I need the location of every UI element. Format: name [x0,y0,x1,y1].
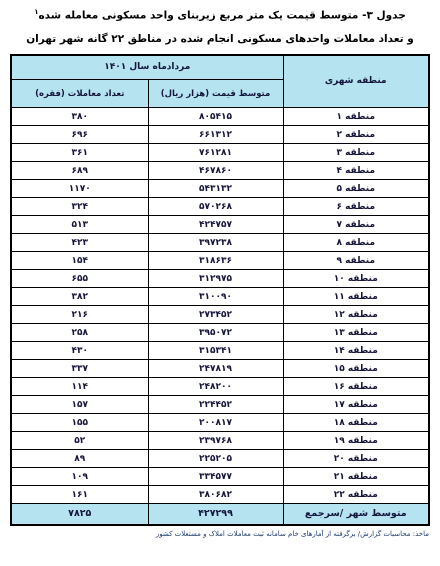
count-cell: ۳۸۰ [11,108,148,126]
table-row: منطقه ۹۳۱۸۶۳۶۱۵۴ [11,252,429,270]
title-line-1: جدول ۳- متوسط قیمت یک متر مربع زیربنای و… [0,5,440,24]
price-cell: ۴۲۴۷۵۷ [148,216,283,234]
count-cell: ۴۲۳ [11,234,148,252]
header-region-column: منطقه شهری [283,55,429,108]
price-cell: ۳۱۵۳۴۱ [148,342,283,360]
table-row: منطقه ۱۰۳۱۲۹۷۵۶۵۵ [11,270,429,288]
region-cell: منطقه ۱۸ [283,414,429,432]
table-row: منطقه ۱۸۰۵۴۱۵۳۸۰ [11,108,429,126]
price-cell: ۳۱۲۹۷۵ [148,270,283,288]
region-cell: منطقه ۱۹ [283,432,429,450]
price-cell: ۳۱۰۰۹۰ [148,288,283,306]
table-row: منطقه ۱۲۲۷۳۴۵۲۲۱۶ [11,306,429,324]
region-cell: منطقه ۱۲ [283,306,429,324]
table-row: منطقه ۲۲۳۸۰۶۸۲۱۶۱ [11,486,429,504]
region-cell: منطقه ۲۱ [283,468,429,486]
region-cell: منطقه ۳ [283,144,429,162]
table-row: منطقه ۴۴۶۷۸۶۰۶۸۹ [11,162,429,180]
region-cell: منطقه ۴ [283,162,429,180]
count-cell: ۶۵۵ [11,270,148,288]
count-cell: ۶۸۹ [11,162,148,180]
price-cell: ۲۷۳۴۵۲ [148,306,283,324]
count-cell: ۱۵۴ [11,252,148,270]
total-row: متوسط شهر /سرجمع ۴۲۷۲۹۹ ۷۸۲۵ [11,504,429,525]
region-cell: منطقه ۱۱ [283,288,429,306]
title-line-2: و تعداد معاملات واحدهای مسکونی انجام شده… [0,32,440,47]
price-cell: ۳۱۸۶۳۶ [148,252,283,270]
price-cell: ۵۷۰۲۶۸ [148,198,283,216]
price-cell: ۲۴۷۸۱۹ [148,360,283,378]
region-cell: منطقه ۱۷ [283,396,429,414]
region-cell: منطقه ۷ [283,216,429,234]
table-row: منطقه ۱۶۲۴۸۲۰۰۱۱۴ [11,378,429,396]
price-cell: ۷۶۱۲۸۱ [148,144,283,162]
region-cell: منطقه ۱۶ [283,378,429,396]
price-cell: ۳۹۵۰۷۲ [148,324,283,342]
table-row: منطقه ۲۰۲۲۵۲۰۵۸۹ [11,450,429,468]
region-cell: منطقه ۲۰ [283,450,429,468]
region-cell: منطقه ۱۰ [283,270,429,288]
region-cell: منطقه ۱۳ [283,324,429,342]
count-cell: ۱۵۵ [11,414,148,432]
price-cell: ۳۸۰۶۸۲ [148,486,283,504]
count-cell: ۱۰۹ [11,468,148,486]
count-cell: ۳۶۱ [11,144,148,162]
price-table: منطقه شهری مردادماه سال ۱۴۰۱ متوسط قیمت … [10,54,430,526]
count-cell: ۳۲۴ [11,198,148,216]
total-label-cell: متوسط شهر /سرجمع [283,504,429,525]
price-cell: ۶۶۱۳۱۲ [148,126,283,144]
region-cell: منطقه ۲۲ [283,486,429,504]
price-cell: ۳۹۷۲۳۸ [148,234,283,252]
price-cell: ۲۴۸۲۰۰ [148,378,283,396]
header-price-column: متوسط قیمت (هزار ریال) [148,80,283,108]
table-row: منطقه ۱۱۳۱۰۰۹۰۳۸۲ [11,288,429,306]
header-period: مردادماه سال ۱۴۰۱ [11,55,283,80]
price-cell: ۳۳۴۵۷۷ [148,468,283,486]
region-cell: منطقه ۸ [283,234,429,252]
count-cell: ۸۹ [11,450,148,468]
table-row: منطقه ۶۵۷۰۲۶۸۳۲۴ [11,198,429,216]
price-cell: ۲۰۰۸۱۷ [148,414,283,432]
price-cell: ۴۶۷۸۶۰ [148,162,283,180]
price-cell: ۲۳۹۷۶۸ [148,432,283,450]
table-row: منطقه ۱۳۳۹۵۰۷۲۲۵۸ [11,324,429,342]
region-cell: منطقه ۲ [283,126,429,144]
price-cell: ۵۴۳۱۳۲ [148,180,283,198]
table-row: منطقه ۱۴۳۱۵۳۴۱۴۳۰ [11,342,429,360]
count-cell: ۵۱۳ [11,216,148,234]
count-cell: ۳۳۷ [11,360,148,378]
price-cell: ۸۰۵۴۱۵ [148,108,283,126]
count-cell: ۱۵۷ [11,396,148,414]
table-footer: متوسط شهر /سرجمع ۴۲۷۲۹۹ ۷۸۲۵ [11,504,429,525]
table-row: منطقه ۳۷۶۱۲۸۱۳۶۱ [11,144,429,162]
table-row: منطقه ۱۸۲۰۰۸۱۷۱۵۵ [11,414,429,432]
table-title: جدول ۳- متوسط قیمت یک متر مربع زیربنای و… [0,5,440,47]
source-note: ماخذ: محاسبات گزارش/ برگرفته از آمارهای … [11,530,429,538]
table-row: منطقه ۲۱۳۳۴۵۷۷۱۰۹ [11,468,429,486]
total-price-cell: ۴۲۷۲۹۹ [148,504,283,525]
count-cell: ۳۸۲ [11,288,148,306]
count-cell: ۲۱۶ [11,306,148,324]
region-cell: منطقه ۱۴ [283,342,429,360]
region-cell: منطقه ۱ [283,108,429,126]
count-cell: ۵۲ [11,432,148,450]
price-cell: ۲۲۵۲۰۵ [148,450,283,468]
header-count-column: تعداد معاملات (فقره) [11,80,148,108]
count-cell: ۶۹۶ [11,126,148,144]
region-cell: منطقه ۱۵ [283,360,429,378]
table-body: منطقه ۱۸۰۵۴۱۵۳۸۰منطقه ۲۶۶۱۳۱۲۶۹۶منطقه ۳۷… [11,108,429,504]
title-line-1-text: جدول ۳- متوسط قیمت یک متر مربع زیربنای و… [38,10,405,22]
header-row-period: منطقه شهری مردادماه سال ۱۴۰۱ [11,55,429,80]
count-cell: ۴۳۰ [11,342,148,360]
count-cell: ۱۶۱ [11,486,148,504]
table-row: منطقه ۷۴۲۴۷۵۷۵۱۳ [11,216,429,234]
count-cell: ۱۱۴ [11,378,148,396]
table-row: منطقه ۱۷۲۲۴۴۵۲۱۵۷ [11,396,429,414]
count-cell: ۲۵۸ [11,324,148,342]
table-row: منطقه ۲۶۶۱۳۱۲۶۹۶ [11,126,429,144]
table-header: منطقه شهری مردادماه سال ۱۴۰۱ متوسط قیمت … [11,55,429,108]
price-cell: ۲۲۴۴۵۲ [148,396,283,414]
count-cell: ۱۱۷۰ [11,180,148,198]
total-count-cell: ۷۸۲۵ [11,504,148,525]
region-cell: منطقه ۵ [283,180,429,198]
report-page: جدول ۳- متوسط قیمت یک متر مربع زیربنای و… [0,0,440,566]
table-row: منطقه ۵۵۴۳۱۳۲۱۱۷۰ [11,180,429,198]
table-row: منطقه ۸۳۹۷۲۳۸۴۲۳ [11,234,429,252]
region-cell: منطقه ۶ [283,198,429,216]
table-row: منطقه ۱۵۲۴۷۸۱۹۳۳۷ [11,360,429,378]
region-cell: منطقه ۹ [283,252,429,270]
table-row: منطقه ۱۹۲۳۹۷۶۸۵۲ [11,432,429,450]
